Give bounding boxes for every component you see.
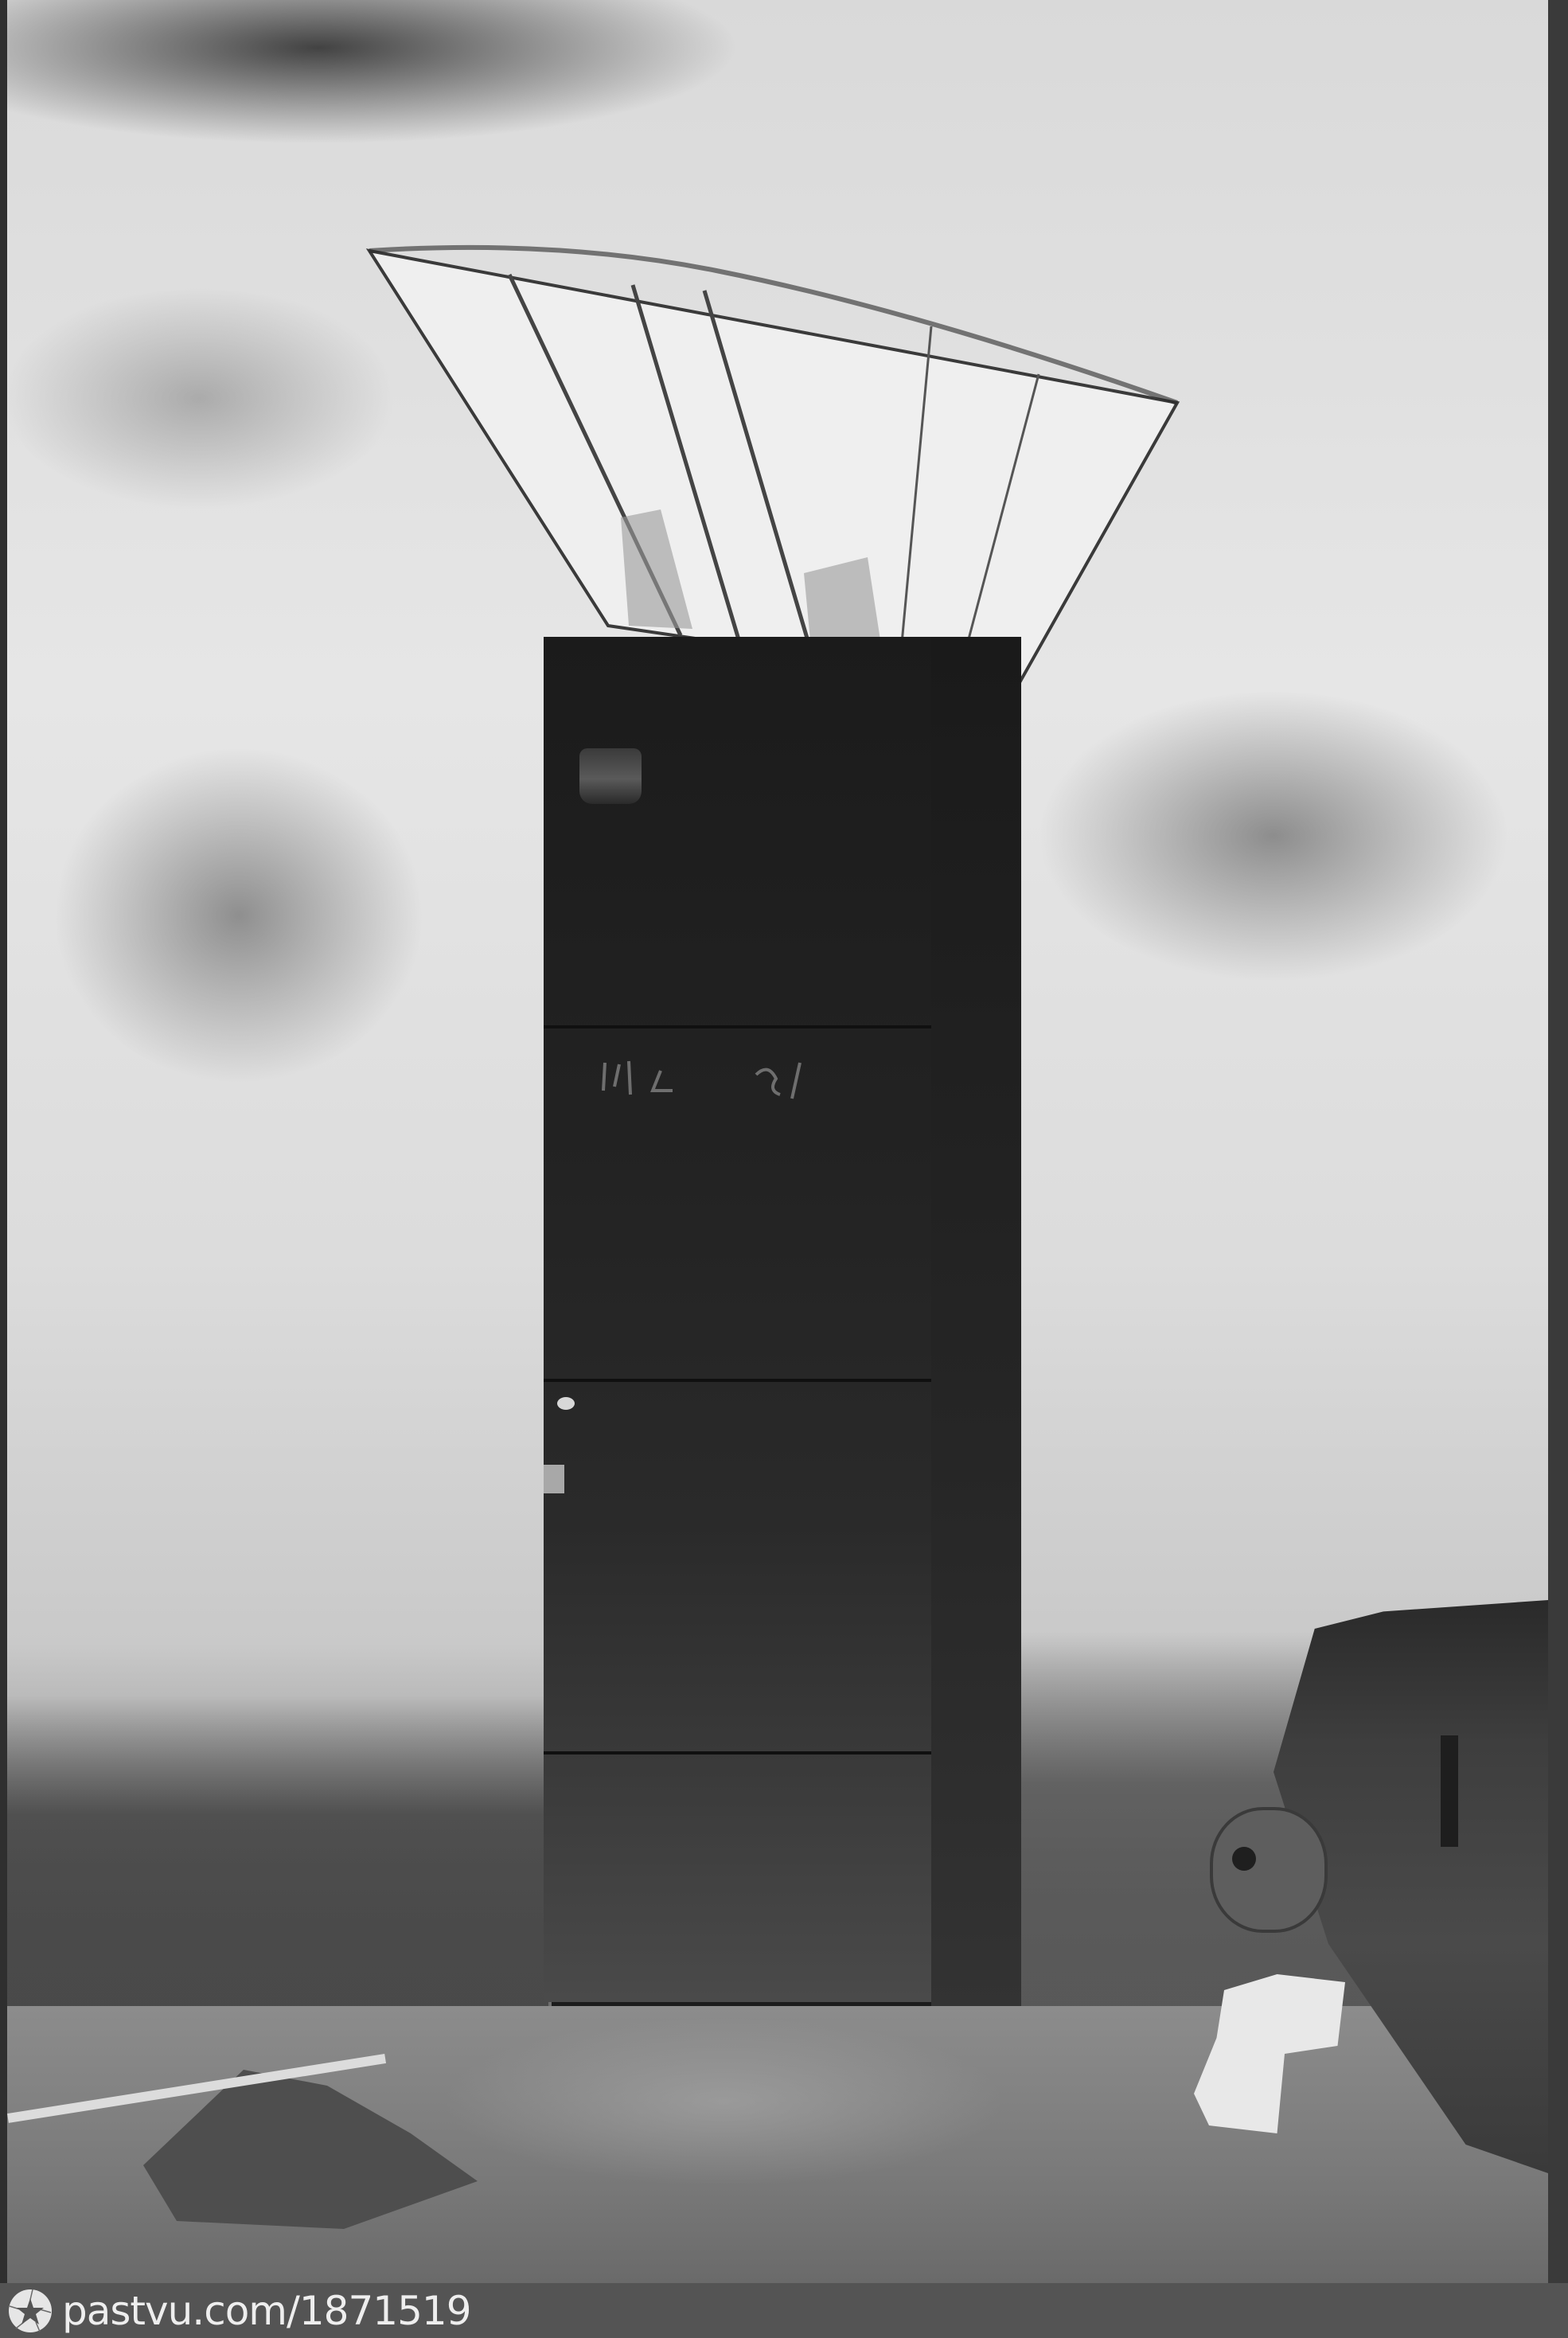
- pastvu-star-logo-icon: [8, 2289, 53, 2333]
- crate-gap: [1441, 1735, 1458, 1847]
- watermark-text[interactable]: pastvu.com/1871519: [62, 2291, 471, 2331]
- wall-damp-stain-left: [7, 1696, 548, 2038]
- door-handle: [557, 1397, 575, 1410]
- metal-door: [544, 637, 934, 2002]
- machine-part-hole: [1232, 1847, 1256, 1871]
- watermark-bar: pastvu.com/1871519: [0, 2283, 1568, 2338]
- lock-plate: [544, 1465, 564, 1493]
- door-panel-seam: [544, 1751, 931, 1754]
- wall-lamp: [579, 748, 642, 804]
- door-jamb: [931, 637, 1021, 2006]
- film-border-left: [0, 0, 7, 2283]
- chalk-marks: [597, 1055, 836, 1103]
- photograph: [0, 0, 1568, 2283]
- door-panel-seam: [544, 1379, 931, 1382]
- film-border-right: [1548, 0, 1568, 2283]
- machine-part: [1210, 1807, 1328, 1933]
- door-panel-seam: [544, 1025, 931, 1028]
